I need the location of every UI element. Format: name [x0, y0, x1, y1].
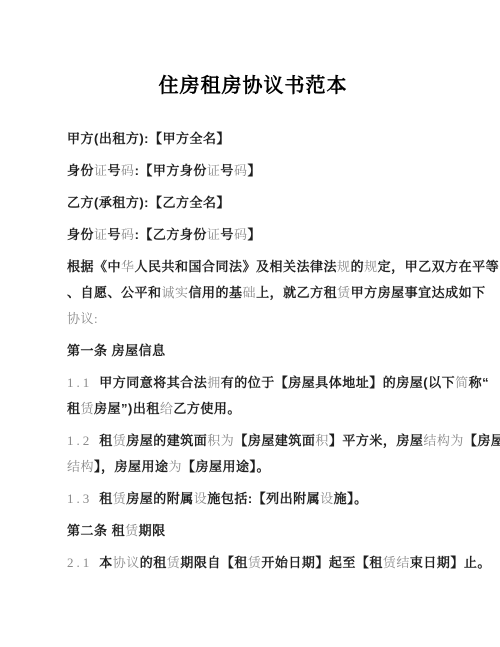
fallback-char-segment: 证 — [94, 227, 108, 242]
text-segment: 本 — [99, 555, 113, 570]
fallback-char-segment: 赁 — [337, 285, 351, 300]
fallback-char-segment: 证 — [94, 163, 108, 178]
fallback-char-segment: 赁结 — [383, 555, 410, 570]
text-segment: 【房屋建筑面 — [234, 433, 315, 448]
text-segment: 号 — [220, 163, 234, 178]
text-segment: 、自愿、公平和 — [67, 285, 162, 300]
fallback-char-segment: 赁 — [113, 491, 127, 506]
fallback-char-segment: 结构为 — [423, 433, 464, 448]
text-segment: 号 — [108, 163, 122, 178]
text-segment: 期限自【租 — [180, 555, 248, 570]
text-segment: 乙方(承租方):【乙方全名】 — [67, 195, 230, 210]
fallback-char-segment: 赁 — [167, 555, 181, 570]
preamble-paragraph: 根据《中华人民共和国合同法》及相关法律法规的规定，甲乙双方在平等、自愿、公平和诚… — [67, 254, 439, 332]
text-segment: 号 — [108, 227, 122, 242]
text-segment: 有的位于【房屋具体地址】的房屋(以下 — [221, 375, 455, 390]
clause-number: 1.2 — [67, 433, 92, 448]
text-segment: 第一条 房屋信息 — [67, 343, 166, 358]
fallback-char-segment: 赁 — [81, 401, 95, 416]
text-segment: 束日期】止。 — [410, 555, 491, 570]
text-segment: 期限 — [139, 523, 166, 538]
party-a-line: 甲方(出租方):【甲方全名】 — [67, 126, 439, 152]
text-segment: 施】。 — [334, 491, 368, 506]
fallback-char-segment: 拥 — [207, 375, 221, 390]
fallback-char-segment: 赁 — [113, 433, 127, 448]
fallback-char-segment: 证 — [207, 227, 221, 242]
text-segment: 第二条 租 — [67, 523, 125, 538]
clause-1-3: 1.3租赁房屋的附属设施包括:【列出附属设施】。 — [67, 486, 439, 512]
text-segment: 甲方(出租方):【甲方全名】 — [67, 131, 230, 146]
fallback-char-segment: 规 — [337, 259, 351, 274]
text-segment: 根据《中 — [67, 259, 121, 274]
text-segment: 称“ — [469, 375, 490, 390]
clause-1-2: 1.2租赁房屋的建筑面积为【房屋建筑面积】平方米，房屋结构为【房屋结构】，房屋用… — [67, 428, 439, 480]
fallback-char-segment: 证 — [207, 163, 221, 178]
fallback-char-segment: 给 — [160, 401, 174, 416]
fallback-char-segment: 码 — [234, 227, 248, 242]
document-body: 甲方(出租方):【甲方全名】身份证号码:【甲方身份证号码】乙方(承租方):【乙方… — [67, 126, 439, 576]
fallback-char-segment: 码 — [121, 227, 135, 242]
text-segment: 的 — [351, 259, 365, 274]
fallback-char-segment: 协议: — [67, 311, 98, 326]
text-segment: 身份 — [67, 163, 94, 178]
clause-number: 1.1 — [67, 375, 92, 390]
text-segment: 】，房屋用途 — [94, 459, 169, 474]
fallback-char-segment: 设 — [320, 491, 334, 506]
fallback-char-segment: 设 — [194, 491, 208, 506]
party-b-line: 乙方(承租方):【乙方全名】 — [67, 190, 439, 216]
text-segment: :【乙方身份 — [135, 227, 207, 242]
fallback-char-segment: 积 — [315, 433, 329, 448]
text-segment: 号 — [220, 227, 234, 242]
text-segment: 身份 — [67, 227, 94, 242]
fallback-char-segment: 码 — [234, 163, 248, 178]
text-segment: :【甲方身份 — [135, 163, 207, 178]
fallback-char-segment: 结构 — [67, 459, 94, 474]
section-2-heading: 第二条 租赁期限 — [67, 518, 439, 544]
text-segment: 房屋的附属 — [126, 491, 194, 506]
text-segment: 乙方使用。 — [173, 401, 241, 416]
clause-1-1: 1.1甲方同意将其合法拥有的位于【房屋具体地址】的房屋(以下简称“租赁房屋”)出… — [67, 370, 439, 422]
fallback-char-segment: 简 — [455, 375, 469, 390]
fallback-char-segment: 为 — [169, 459, 183, 474]
fallback-char-segment: 规 — [364, 259, 378, 274]
party-b-id-line: 身份证号码:【乙方身份证号码】 — [67, 222, 439, 248]
text-segment: 人民共和国合同法》及相关法律法 — [135, 259, 338, 274]
text-segment: 【房屋 — [464, 433, 500, 448]
text-segment: 租 — [67, 401, 81, 416]
fallback-char-segment: 华 — [121, 259, 135, 274]
fallback-char-segment: 础 — [243, 285, 257, 300]
text-segment: 【房屋用途】。 — [182, 459, 270, 474]
text-segment: 租 — [99, 491, 113, 506]
party-a-id-line: 身份证号码:【甲方身份证号码】 — [67, 158, 439, 184]
fallback-char-segment: 积为 — [207, 433, 234, 448]
text-segment: 】平方米，房屋 — [329, 433, 424, 448]
text-segment: 信用的基 — [189, 285, 243, 300]
text-segment: 定，甲乙双方在平等 — [378, 259, 500, 274]
text-segment: 开始日期】起至【租 — [261, 555, 383, 570]
document-title: 住房租房协议书范本 — [67, 72, 439, 100]
fallback-char-segment: 码 — [121, 163, 135, 178]
text-segment: 的租 — [140, 555, 167, 570]
fallback-char-segment: 赁 — [248, 555, 262, 570]
document-page: 住房租房协议书范本 甲方(出租方):【甲方全名】身份证号码:【甲方身份证号码】乙… — [0, 0, 500, 647]
clause-number: 2.1 — [67, 555, 92, 570]
fallback-char-segment: 诚实 — [162, 285, 189, 300]
text-segment: 房屋的建筑面 — [126, 433, 207, 448]
text-segment: 租 — [99, 433, 113, 448]
text-segment: 上，就乙方租 — [256, 285, 337, 300]
text-segment: 甲方房屋事宜达成如下 — [351, 285, 486, 300]
fallback-char-segment: 赁 — [125, 523, 139, 538]
text-segment: 房屋”)出租 — [94, 401, 160, 416]
text-segment: 】 — [247, 227, 261, 242]
text-segment: 甲方同意将其合法 — [99, 375, 207, 390]
clause-number: 1.3 — [67, 491, 92, 506]
document-content: 住房租房协议书范本 甲方(出租方):【甲方全名】身份证号码:【甲方身份证号码】乙… — [67, 72, 439, 582]
text-segment: 】 — [247, 163, 261, 178]
clause-2-1: 2.1本协议的租赁期限自【租赁开始日期】起至【租赁结束日期】止。 — [67, 550, 439, 576]
section-1-heading: 第一条 房屋信息 — [67, 338, 439, 364]
fallback-char-segment: 协议 — [113, 555, 140, 570]
text-segment: 施包括:【列出附属 — [207, 491, 320, 506]
